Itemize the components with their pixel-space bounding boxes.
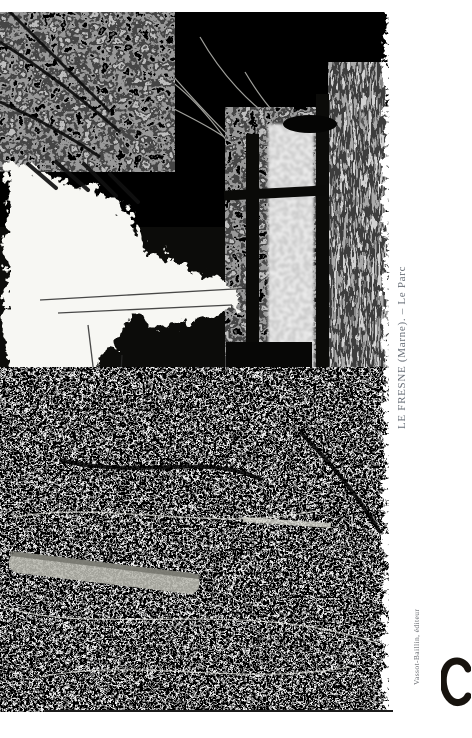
photo-bottom-edge (0, 710, 393, 715)
photo-right-edge (382, 12, 393, 715)
thicket-region (0, 367, 393, 712)
photo-canvas (0, 12, 393, 715)
postcard-photo (0, 12, 393, 715)
publisher-credit: Vassot-Baillin, éditeur (412, 590, 428, 704)
postcard-caption: LE FRESNE (Marne). – Le Parc (396, 246, 420, 448)
top-left-branches (0, 12, 175, 172)
handwritten-mark (441, 656, 471, 710)
scanned-postcard-page: LE FRESNE (Marne). – Le Parc Vassot-Bail… (0, 0, 472, 738)
